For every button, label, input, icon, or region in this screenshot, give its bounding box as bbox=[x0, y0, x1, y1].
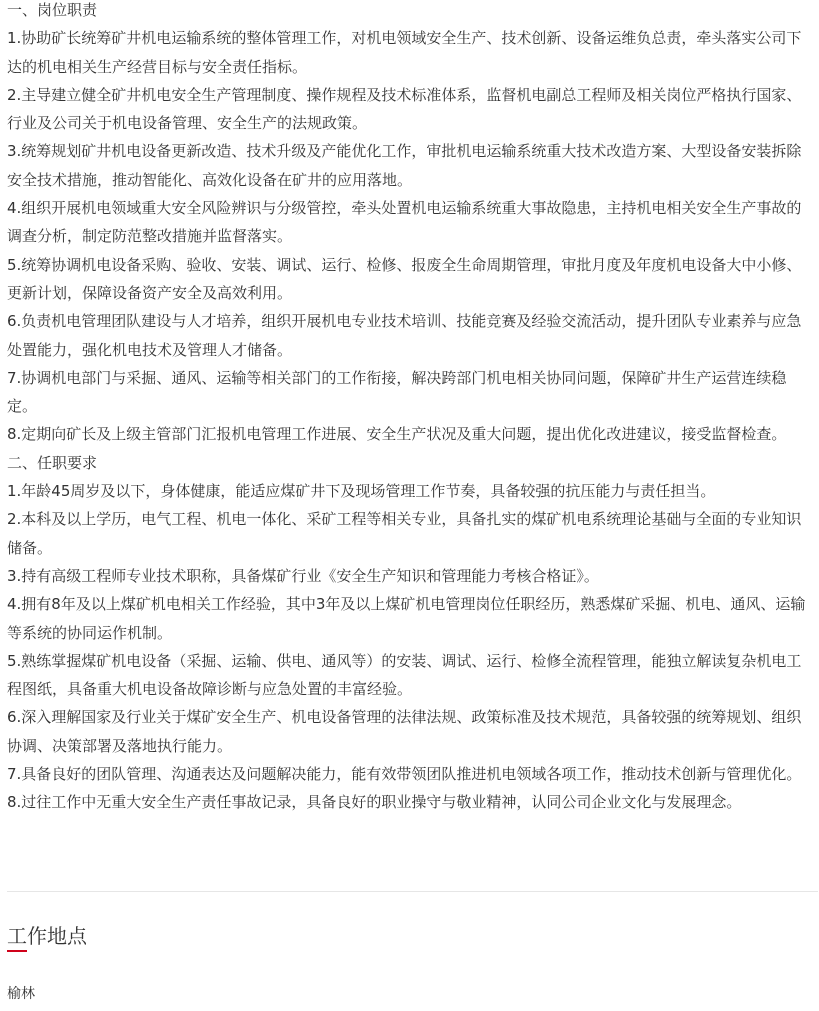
requirement-item: 8.过往工作中无重大安全生产责任事故记录，具备良好的职业操守与敬业精神，认同公司… bbox=[7, 788, 813, 816]
requirement-item: 2.本科及以上学历，电气工程、机电一体化、采矿工程等相关专业，具备扎实的煤矿机电… bbox=[7, 505, 813, 562]
responsibility-item: 5.统筹协调机电设备采购、验收、安装、调试、运行、检修、报废全生命周期管理，审批… bbox=[7, 251, 813, 308]
work-location-title: 工作地点 bbox=[7, 923, 87, 949]
work-location-value: 榆林 bbox=[7, 984, 35, 1004]
requirements-heading: 二、任职要求 bbox=[7, 449, 813, 477]
responsibilities-heading: 一、岗位职责 bbox=[7, 0, 813, 24]
responsibility-item: 3.统筹规划矿井机电设备更新改造、技术升级及产能优化工作，审批机电运输系统重大技… bbox=[7, 137, 813, 194]
requirement-item: 7.具备良好的团队管理、沟通表达及问题解决能力，能有效带领团队推进机电领域各项工… bbox=[7, 760, 813, 788]
responsibility-item: 8.定期向矿长及上级主管部门汇报机电管理工作进展、安全生产状况及重大问题，提出优… bbox=[7, 420, 813, 448]
title-accent-underline bbox=[7, 950, 27, 952]
job-description: 一、岗位职责 1.协助矿长统筹矿井机电运输系统的整体管理工作，对机电领域安全生产… bbox=[7, 0, 813, 817]
requirement-item: 1.年龄45周岁及以下，身体健康，能适应煤矿井下及现场管理工作节奏，具备较强的抗… bbox=[7, 477, 813, 505]
responsibility-item: 4.组织开展机电领域重大安全风险辨识与分级管控，牵头处置机电运输系统重大事故隐患… bbox=[7, 194, 813, 251]
section-divider bbox=[7, 891, 818, 892]
requirement-item: 3.持有高级工程师专业技术职称，具备煤矿行业《安全生产知识和管理能力考核合格证》… bbox=[7, 562, 813, 590]
requirement-item: 6.深入理解国家及行业关于煤矿安全生产、机电设备管理的法律法规、政策标准及技术规… bbox=[7, 703, 813, 760]
responsibility-item: 7.协调机电部门与采掘、通风、运输等相关部门的工作衔接，解决跨部门机电相关协同问… bbox=[7, 364, 813, 421]
responsibility-item: 1.协助矿长统筹矿井机电运输系统的整体管理工作，对机电领域安全生产、技术创新、设… bbox=[7, 24, 813, 81]
requirement-item: 4.拥有8年及以上煤矿机电相关工作经验，其中3年及以上煤矿机电管理岗位任职经历，… bbox=[7, 590, 813, 647]
requirement-item: 5.熟练掌握煤矿机电设备（采掘、运输、供电、通风等）的安装、调试、运行、检修全流… bbox=[7, 647, 813, 704]
responsibility-item: 6.负责机电管理团队建设与人才培养，组织开展机电专业技术培训、技能竞赛及经验交流… bbox=[7, 307, 813, 364]
responsibility-item: 2.主导建立健全矿井机电安全生产管理制度、操作规程及技术标准体系，监督机电副总工… bbox=[7, 81, 813, 138]
